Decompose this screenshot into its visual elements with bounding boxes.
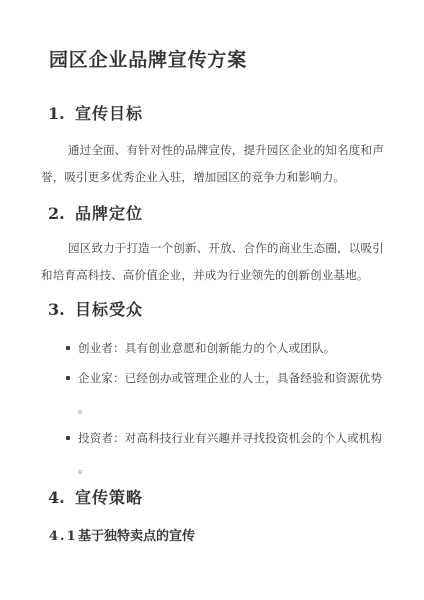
section-paragraph-1: 通过全面、有针对性的品牌宣传，提升园区企业的知名度和声 誉，吸引更多优秀企业入驻… [41,137,398,191]
section-number: 1. [48,103,75,125]
bullet-text: 投资者：对高科技行业有兴趣并寻找投资机会的个人或机构 [78,423,398,453]
section-number: 4. [48,487,75,509]
section-heading-2: 2. 品牌定位 [41,203,398,225]
bullet-text: 创业者：具有创业意愿和创新能力的个人或团队。 [78,333,398,363]
section-number: 3. [48,299,75,321]
subsection-heading-4-1: 4.1 基于独特卖点的宣传 [41,528,398,546]
paragraph-line: 园区致力于打造一个创新、开放、合作的商业生态圈，以吸引 [41,235,398,262]
bullet-icon [66,376,70,380]
document-title: 园区企业品牌宣传方案 [41,46,398,74]
bullet-text: 。 [78,453,398,483]
bullet-icon [66,346,70,350]
document-page: 园区企业品牌宣传方案 1. 宣传目标 通过全面、有针对性的品牌宣传，提升园区企业… [0,0,424,600]
section-title: 品牌定位 [75,203,143,225]
paragraph-line: 和培育高科技、高价值企业，并成为行业领先的创新创业基地。 [41,262,398,289]
section-paragraph-2: 园区致力于打造一个创新、开放、合作的商业生态圈，以吸引 和培育高科技、高价值企业… [41,235,398,289]
list-item: 创业者：具有创业意愿和创新能力的个人或团队。 [78,333,398,363]
bullet-text: 。 [78,393,398,423]
section-heading-3: 3. 目标受众 [41,299,398,321]
section-number: 2. [48,203,75,225]
section-title: 宣传目标 [75,103,143,125]
subsection-number: 4.1 [49,528,78,546]
section-title: 目标受众 [75,299,143,321]
bullet-icon [66,436,70,440]
section-heading-4: 4. 宣传策略 [41,487,398,509]
list-item: 企业家：已经创办或管理企业的人士，具备经验和资源优势 。 [78,363,398,423]
list-item: 投资者：对高科技行业有兴趣并寻找投资机会的个人或机构 。 [78,423,398,483]
subsection-title: 基于独特卖点的宣传 [78,528,195,546]
paragraph-line: 誉，吸引更多优秀企业入驻，增加园区的竞争力和影响力。 [41,164,398,191]
paragraph-line: 通过全面、有针对性的品牌宣传，提升园区企业的知名度和声 [41,137,398,164]
bullet-list: 创业者：具有创业意愿和创新能力的个人或团队。 企业家：已经创办或管理企业的人士，… [41,333,398,483]
section-heading-1: 1. 宣传目标 [41,103,398,125]
section-title: 宣传策略 [75,487,143,509]
bullet-text: 企业家：已经创办或管理企业的人士，具备经验和资源优势 [78,363,398,393]
